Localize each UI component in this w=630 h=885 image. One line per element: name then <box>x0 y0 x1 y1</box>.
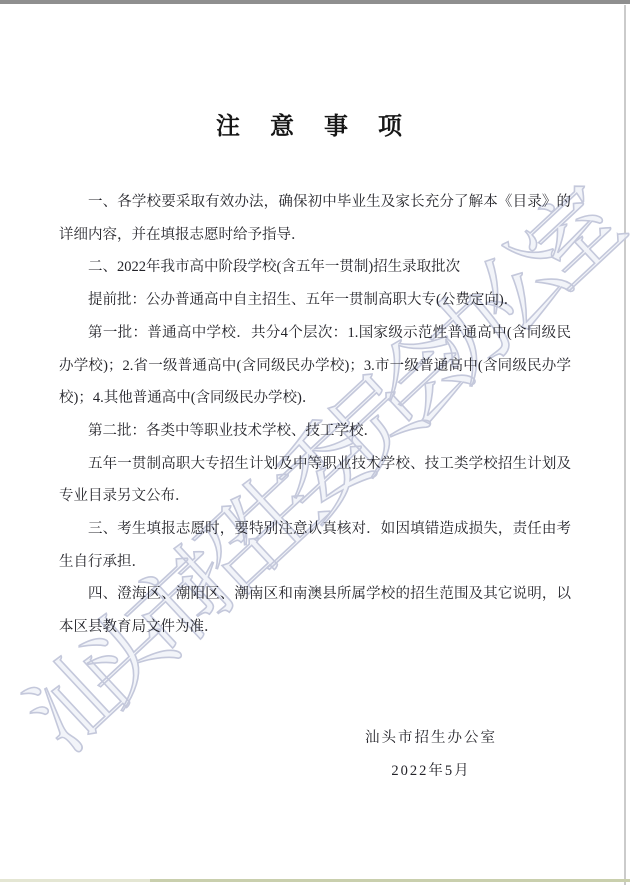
document-page: 汕头市招生委员会办公室 注 意 事 项 一、各学校要采取有效办法，确保初中毕业生… <box>0 0 630 885</box>
paragraph-3: 提前批：公办普通高中自主招生、五年一贯制高职大专(公费定向)． <box>59 284 571 317</box>
signature-org: 汕头市招生办公室 <box>331 722 531 755</box>
paragraph-6: 五年一贯制高职大专招生计划及中等职业技术学校、技工类学校招生计划及专业目录另文公… <box>59 448 571 513</box>
paragraph-7: 三、考生填报志愿时，要特别注意认真核对．如因填错造成损失，责任由考生自行承担． <box>59 513 571 578</box>
page-bottom-edge-line <box>0 879 630 882</box>
paragraph-5: 第二批：各类中等职业技术学校、技工学校． <box>59 415 571 448</box>
paragraph-2: 二、2022年我市高中阶段学校(含五年一贯制)招生录取批次 <box>59 251 571 284</box>
document-body: 一、各学校要采取有效办法，确保初中毕业生及家长充分了解本《目录》的详细内容，并在… <box>59 186 571 644</box>
document-title: 注 意 事 项 <box>0 106 630 141</box>
scan-top-edge <box>0 0 630 4</box>
paragraph-1: 一、各学校要采取有效办法，确保初中毕业生及家长充分了解本《目录》的详细内容，并在… <box>59 186 571 251</box>
paragraph-8: 四、澄海区、潮阳区、潮南区和南澳县所属学校的招生范围及其它说明，以本区县教育局文… <box>59 578 571 643</box>
signature-date: 2022年5月 <box>331 755 531 788</box>
signature-block: 汕头市招生办公室 2022年5月 <box>331 722 531 788</box>
paragraph-4: 第一批：普通高中学校．共分4个层次：1.国家级示范性普通高中(含同级民办学校)；… <box>59 317 571 415</box>
